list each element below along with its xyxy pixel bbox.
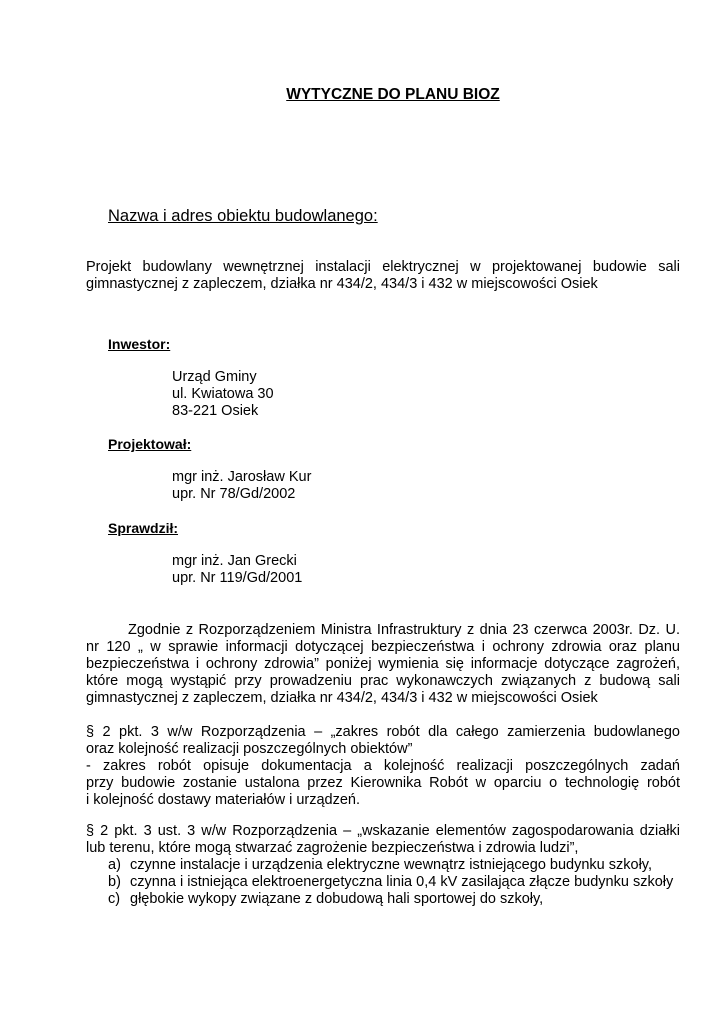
text-line: lub terenu, które mogą stwarzać zagrożen… [86, 840, 680, 857]
list-marker: c) [108, 891, 130, 908]
document-title: WYTYCZNE DO PLANU BIOZ [0, 86, 724, 104]
object-heading: Nazwa i adres obiektu budowlanego: [108, 207, 378, 226]
checker-license: upr. Nr 119/Gd/2001 [172, 570, 302, 587]
designer-details: mgr inż. Jarosław Kur upr. Nr 78/Gd/2002 [172, 469, 311, 503]
list-item: b) czynna i istniejąca elektroenergetycz… [108, 874, 673, 891]
text-line: Projekt budowlany wewnętrznej instalacji… [86, 259, 680, 276]
list-text: czynna i istniejąca elektroenergetyczna … [130, 874, 673, 891]
intro-paragraph: Zgodnie z Rozporządzeniem Ministra Infra… [86, 622, 680, 707]
list-marker: a) [108, 857, 130, 874]
text-line: nr 120 „ w sprawie informacji dotyczącej… [86, 639, 680, 656]
investor-name: Urząd Gminy [172, 369, 274, 386]
investor-label: Inwestor: [108, 336, 170, 352]
investor-details: Urząd Gminy ul. Kwiatowa 30 83-221 Osiek [172, 369, 274, 420]
checker-label: Sprawdził: [108, 520, 178, 536]
text-line: oraz kolejność realizacji poszczególnych… [86, 741, 680, 758]
list-text: czynne instalacje i urządzenia elektrycz… [130, 857, 652, 874]
text-line: § 2 pkt. 3 ust. 3 w/w Rozporządzenia – „… [86, 823, 680, 840]
text-line: bezpieczeństwa i ochrony zdrowia” poniże… [86, 656, 680, 673]
section-hazards: § 2 pkt. 3 ust. 3 w/w Rozporządzenia – „… [86, 823, 680, 857]
list-item: a) czynne instalacje i urządzenia elektr… [108, 857, 673, 874]
investor-city: 83-221 Osiek [172, 403, 274, 420]
list-text: głębokie wykopy związane z dobudową hali… [130, 891, 543, 908]
text-line: § 2 pkt. 3 w/w Rozporządzenia – „zakres … [86, 724, 680, 741]
text-line: gimnastycznej z zapleczem, działka nr 43… [86, 276, 680, 293]
hazard-list: a) czynne instalacje i urządzenia elektr… [108, 857, 673, 908]
text-line: które mogą wystąpić przy prowadzeniu pra… [86, 673, 680, 690]
text-line: gimnastycznej z zapleczem, działka nr 43… [86, 690, 680, 707]
text-line: przy budowie zostanie ustalona przez Kie… [86, 775, 680, 792]
checker-name: mgr inż. Jan Grecki [172, 553, 302, 570]
text-line: i kolejność dostawy materiałów i urządze… [86, 792, 680, 809]
text-line: - zakres robót opisuje dokumentacja a ko… [86, 758, 680, 775]
investor-street: ul. Kwiatowa 30 [172, 386, 274, 403]
text-line: Zgodnie z Rozporządzeniem Ministra Infra… [86, 622, 680, 639]
list-marker: b) [108, 874, 130, 891]
designer-license: upr. Nr 78/Gd/2002 [172, 486, 311, 503]
checker-details: mgr inż. Jan Grecki upr. Nr 119/Gd/2001 [172, 553, 302, 587]
object-description: Projekt budowlany wewnętrznej instalacji… [86, 259, 680, 293]
designer-label: Projektował: [108, 436, 191, 452]
section-scope: § 2 pkt. 3 w/w Rozporządzenia – „zakres … [86, 724, 680, 809]
designer-name: mgr inż. Jarosław Kur [172, 469, 311, 486]
list-item: c) głębokie wykopy związane z dobudową h… [108, 891, 673, 908]
